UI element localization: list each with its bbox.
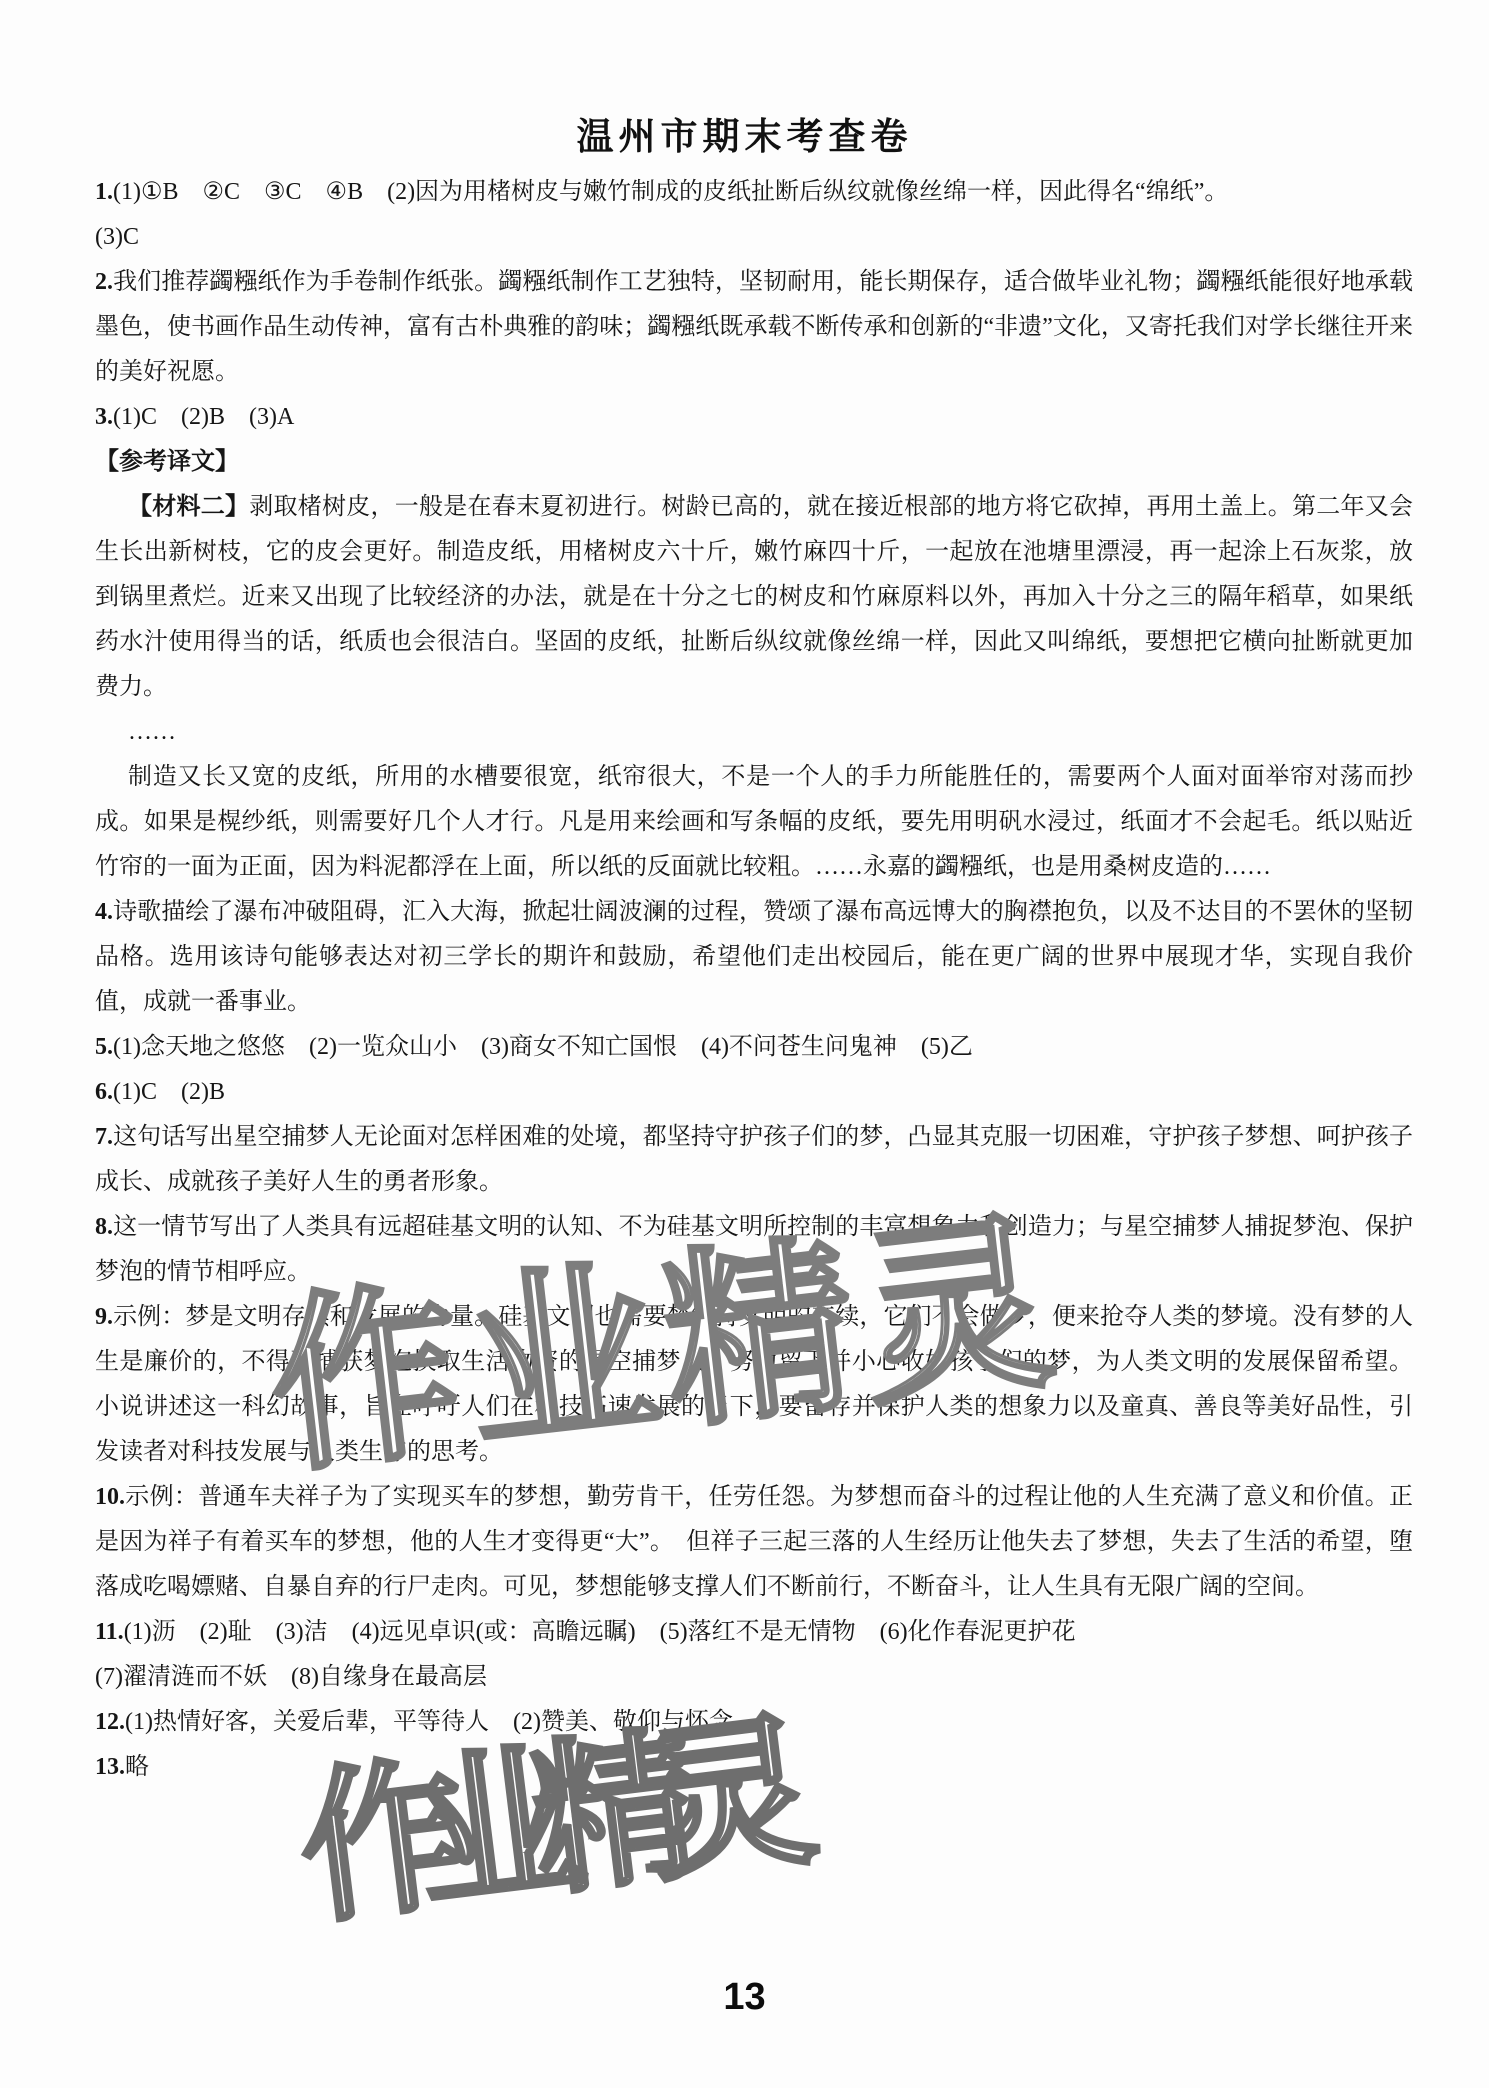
answer-text: 示例：梦是文明存续和发展的力量。硅基文明也需要梦维持文明的存续，它们不会做梦，便… — [95, 1304, 1413, 1465]
answer-line: 9.示例：梦是文明存续和发展的力量。硅基文明也需要梦维持文明的存续，它们不会做梦… — [95, 1295, 1413, 1475]
answer-line: 2.我们推荐蠲糨纸作为手卷制作纸张。蠲糨纸制作工艺独特，坚韧耐用，能长期保存，适… — [95, 260, 1413, 395]
answer-text: 略 — [125, 1754, 149, 1780]
answer-label: 13. — [95, 1754, 125, 1780]
answer-line: …… — [95, 710, 1413, 755]
answer-text: 制造又长又宽的皮纸，所用的水槽要很宽，纸帘很大，不是一个人的手力所能胜任的，需要… — [95, 764, 1413, 880]
page-title: 温州市期末考查卷 — [0, 106, 1489, 160]
page-number: 13 — [0, 1976, 1489, 2019]
answer-label: 10. — [95, 1484, 125, 1510]
answer-text: 我们推荐蠲糨纸作为手卷制作纸张。蠲糨纸制作工艺独特，坚韧耐用，能长期保存，适合做… — [95, 269, 1413, 385]
answer-line: 1.(1)①B ②C ③C ④B (2)因为用楮树皮与嫩竹制成的皮纸扯断后纵纹就… — [95, 170, 1413, 215]
answer-line: 8.这一情节写出了人类具有远超硅基文明的认知、不为硅基文明所控制的丰富想象力和创… — [95, 1205, 1413, 1295]
answer-line: 4.诗歌描绘了瀑布冲破阻碍，汇入大海，掀起壮阔波澜的过程，赞颂了瀑布高远博大的胸… — [95, 890, 1413, 1025]
answer-text: (3)C — [95, 224, 139, 250]
answer-text: 这一情节写出了人类具有远超硅基文明的认知、不为硅基文明所控制的丰富想象力和创造力… — [95, 1214, 1413, 1285]
answer-text: (1)念天地之悠悠 (2)一览众山小 (3)商女不知亡国恨 (4)不问苍生问鬼神… — [113, 1034, 973, 1060]
answer-text: (1)C (2)B — [113, 1079, 225, 1105]
answer-line: 制造又长又宽的皮纸，所用的水槽要很宽，纸帘很大，不是一个人的手力所能胜任的，需要… — [95, 755, 1413, 890]
answer-line: 11.(1)沥 (2)耻 (3)洁 (4)远见卓识(或：高瞻远瞩) (5)落红不… — [95, 1610, 1413, 1655]
answer-label: 6. — [95, 1079, 113, 1105]
answer-text: …… — [128, 719, 176, 745]
answer-line: 10.示例：普通车夫祥子为了实现买车的梦想，勤劳肯干，任劳任怨。为梦想而奋斗的过… — [95, 1475, 1413, 1610]
answer-label: 7. — [95, 1124, 113, 1150]
answer-label: 9. — [95, 1304, 113, 1330]
answer-label: 【参考译文】 — [95, 449, 239, 475]
answer-line: 【参考译文】 — [95, 440, 1413, 485]
answers-list: 1.(1)①B ②C ③C ④B (2)因为用楮树皮与嫩竹制成的皮纸扯断后纵纹就… — [95, 170, 1413, 1790]
answer-text: 剥取楮树皮，一般是在春末夏初进行。树龄已高的，就在接近根部的地方将它砍掉，再用土… — [95, 494, 1413, 700]
answer-label: 4. — [95, 899, 113, 925]
answer-text: (1)沥 (2)耻 (3)洁 (4)远见卓识(或：高瞻远瞩) (5)落红不是无情… — [124, 1619, 1076, 1645]
answer-label: 【材料二】 — [128, 494, 249, 520]
answer-line: 6.(1)C (2)B — [95, 1070, 1413, 1115]
answer-line: 3.(1)C (2)B (3)A — [95, 395, 1413, 440]
answer-text: (1)C (2)B (3)A — [113, 404, 294, 430]
answer-line: 5.(1)念天地之悠悠 (2)一览众山小 (3)商女不知亡国恨 (4)不问苍生问… — [95, 1025, 1413, 1070]
answer-text: 示例：普通车夫祥子为了实现买车的梦想，勤劳肯干，任劳任怨。为梦想而奋斗的过程让他… — [95, 1484, 1413, 1600]
answer-line: 【材料二】剥取楮树皮，一般是在春末夏初进行。树龄已高的，就在接近根部的地方将它砍… — [95, 485, 1413, 710]
answer-label: 11. — [95, 1619, 124, 1645]
answer-label: 2. — [95, 269, 113, 295]
answer-label: 12. — [95, 1709, 125, 1735]
answer-label: 5. — [95, 1034, 113, 1060]
answer-text: (1)热情好客，关爱后辈，平等待人 (2)赞美、敬仰与怀念 — [125, 1709, 733, 1735]
answer-sheet-page: 温州市期末考查卷 1.(1)①B ②C ③C ④B (2)因为用楮树皮与嫩竹制成… — [0, 0, 1489, 2088]
answer-line: 7.这句话写出星空捕梦人无论面对怎样困难的处境，都坚持守护孩子们的梦，凸显其克服… — [95, 1115, 1413, 1205]
answer-line: (3)C — [95, 215, 1413, 260]
answer-text: 这句话写出星空捕梦人无论面对怎样困难的处境，都坚持守护孩子们的梦，凸显其克服一切… — [95, 1124, 1413, 1195]
answer-line: (7)濯清涟而不妖 (8)自缘身在最高层 — [95, 1655, 1413, 1700]
answer-label: 3. — [95, 404, 113, 430]
answer-text: 诗歌描绘了瀑布冲破阻碍，汇入大海，掀起壮阔波澜的过程，赞颂了瀑布高远博大的胸襟抱… — [95, 899, 1413, 1015]
answer-text: (1)①B ②C ③C ④B (2)因为用楮树皮与嫩竹制成的皮纸扯断后纵纹就像丝… — [113, 179, 1228, 205]
answer-text: (7)濯清涟而不妖 (8)自缘身在最高层 — [95, 1664, 487, 1690]
answer-label: 8. — [95, 1214, 113, 1240]
answer-label: 1. — [95, 179, 113, 205]
answer-line: 13.略 — [95, 1745, 1413, 1790]
answer-line: 12.(1)热情好客，关爱后辈，平等待人 (2)赞美、敬仰与怀念 — [95, 1700, 1413, 1745]
